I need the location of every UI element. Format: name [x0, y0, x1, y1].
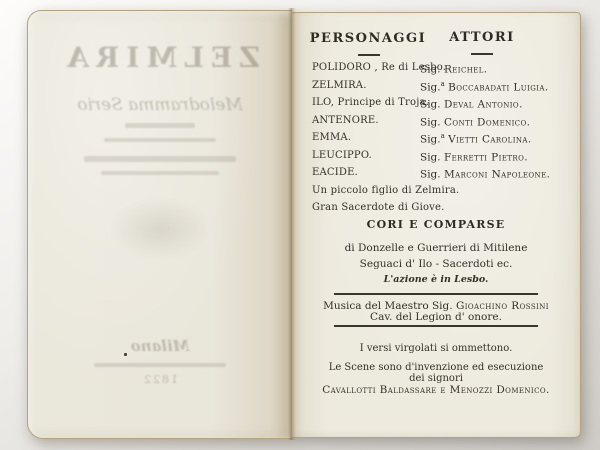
verses-note: I versi virgolati si ommettono.: [302, 343, 570, 354]
cast-row: Un piccolo figlio di Zelmira.: [312, 185, 570, 203]
book-gutter: [288, 8, 296, 440]
character-name: EACIDE.: [312, 167, 358, 178]
bleed-text-bar: [101, 171, 219, 175]
character-name: EMMA.: [312, 132, 351, 143]
chorus-line: di Donzelle e Guerrieri di Mitilene: [302, 242, 570, 254]
bleed-subtitle: Melodramma Serio: [28, 95, 292, 115]
left-page: ZELMIRA Melodramma Serio Milano 1822: [27, 10, 292, 439]
right-page: PERSONAGGI ATTORI POLIDORO , Re di Lesbo…: [292, 12, 581, 438]
cast-row: EACIDE. Sig. Marconi Napoleone.: [312, 167, 570, 185]
scenes-note-line2: dei signori: [302, 373, 570, 384]
bleed-ornament: [108, 197, 212, 261]
cast-row: ANTENORE. Sig. Conti Domenico.: [312, 115, 570, 133]
bleed-text-bar: [125, 123, 195, 128]
cast-row: LEUCIPPO. Sig. Ferretti Pietro.: [312, 150, 570, 168]
chorus-line: Seguaci d' Ilo - Sacerdoti ec.: [302, 258, 570, 270]
cast-row: ILO, Principe di Troja. Sig. Deval Anton…: [312, 97, 570, 115]
character-name: ANTENORE.: [312, 115, 379, 126]
cast-table: POLIDORO , Re di Lesbo. Sig. Reichel. ZE…: [312, 62, 570, 220]
cast-row: EMMA. Sig.a Vietti Carolina.: [312, 132, 570, 150]
horizontal-rule: [334, 293, 538, 295]
actor-name: Sig. Marconi Napoleone.: [420, 167, 550, 181]
character-name: Gran Sacerdote di Giove.: [312, 202, 445, 213]
paper-speck: [124, 353, 127, 356]
cast-row: ZELMIRA. Sig.a Boccabadati Luigia.: [312, 80, 570, 98]
actor-name: Sig.a Boccabadati Luigia.: [420, 80, 549, 94]
header-underline: [358, 54, 380, 56]
cast-row: POLIDORO , Re di Lesbo. Sig. Reichel.: [312, 62, 570, 80]
horizontal-rule: [334, 325, 538, 327]
scenes-note-line1: Le Scene sono d'invenzione ed esecuzione: [302, 362, 570, 373]
header-underline: [471, 53, 493, 55]
music-credit-line2: Cav. del Legion d' onore.: [302, 311, 570, 323]
libretto-book-photo: ZELMIRA Melodramma Serio Milano 1822 PER…: [27, 8, 581, 440]
bleed-city: Milano: [28, 337, 292, 355]
chorus-heading: CORI E COMPARSE: [302, 218, 570, 231]
actor-name: Sig. Deval Antonio.: [420, 97, 523, 111]
character-name: Un piccolo figlio di Zelmira.: [312, 185, 459, 196]
character-name: ZELMIRA.: [312, 80, 367, 91]
actor-name: Sig. Conti Domenico.: [420, 115, 530, 129]
bleed-title: ZELMIRA: [28, 41, 292, 74]
bleedthrough-layer: ZELMIRA Melodramma Serio Milano 1822: [28, 11, 292, 438]
actor-name: Sig. Ferretti Pietro.: [420, 150, 528, 164]
bleed-year: 1822: [28, 373, 292, 386]
bleed-text-bar: [104, 138, 216, 142]
actor-name: Sig.a Vietti Carolina.: [420, 132, 532, 146]
character-name: LEUCIPPO.: [312, 150, 372, 161]
scene-designers: Cavallotti Baldassare e Menozzi Domenico…: [302, 384, 570, 396]
personaggi-header: PERSONAGGI: [294, 31, 442, 46]
character-name: ILO, Principe di Troja.: [312, 97, 429, 108]
bleed-text-bar: [94, 363, 226, 367]
attori-header: ATTORI: [422, 30, 542, 45]
cast-row: Gran Sacerdote di Giove.: [312, 202, 570, 220]
actor-name: Sig. Reichel.: [420, 62, 488, 76]
bleed-text-bar: [84, 156, 236, 162]
scene-note: L'azione è in Lesbo.: [302, 274, 570, 285]
